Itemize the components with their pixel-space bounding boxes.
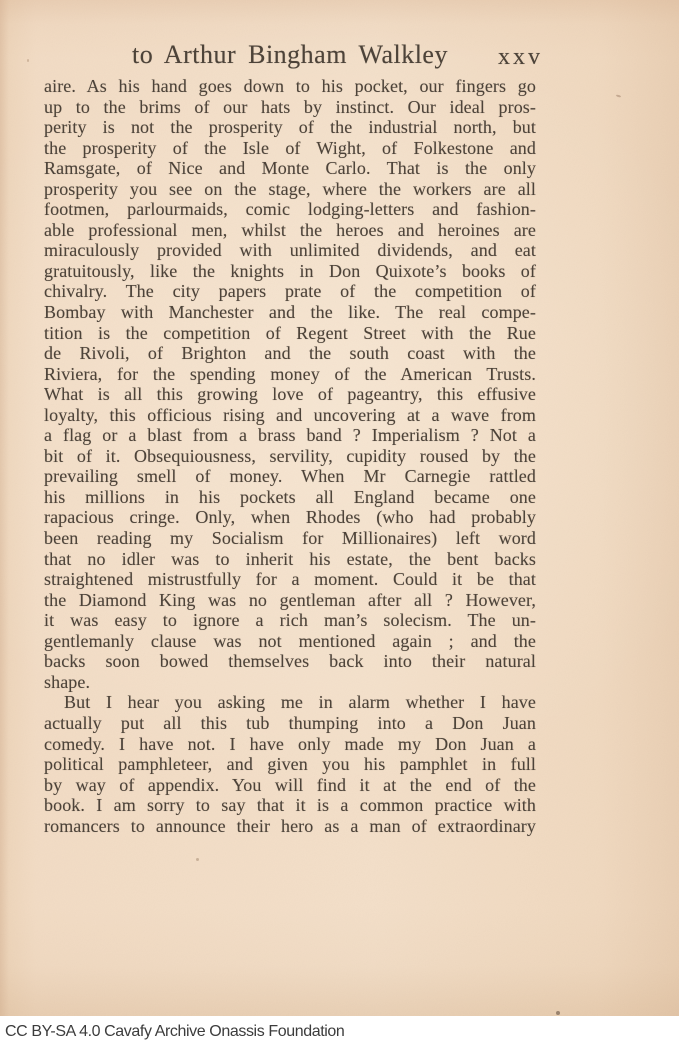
scan-speck bbox=[27, 59, 29, 62]
book-page-scan: to Arthur Bingham Walkley xxv aire. As h… bbox=[0, 0, 679, 1016]
text-line: But I hear you asking me in alarm whethe… bbox=[44, 692, 536, 713]
text-line: de Rivoli, of Brighton and the south coa… bbox=[44, 343, 536, 364]
license-bar: CC BY-SA 4.0 Cavafy Archive Onassis Foun… bbox=[0, 1016, 679, 1047]
text-line: up to the brims of our hats by instinct.… bbox=[44, 97, 536, 118]
text-line: What is all this growing love of pageant… bbox=[44, 384, 536, 405]
text-line: prevailing smell of money. When Mr Carne… bbox=[44, 466, 536, 487]
text-line: shape. bbox=[44, 672, 536, 693]
text-line: Ramsgate, of Nice and Monte Carlo. That … bbox=[44, 158, 536, 179]
text-line: the Diamond King was no gentleman after … bbox=[44, 590, 536, 611]
text-line: footmen, parlourmaids, comic lodging-let… bbox=[44, 199, 536, 220]
text-line: chivalry. The city papers prate of the c… bbox=[44, 281, 536, 302]
text-line: perity is not the prosperity of the indu… bbox=[44, 117, 536, 138]
page-number: xxv bbox=[498, 44, 543, 70]
running-title: to Arthur Bingham Walkley bbox=[132, 40, 448, 69]
text-line: Riviera, for the spending money of the A… bbox=[44, 364, 536, 385]
text-line: Bombay with Manchester and the like. The… bbox=[44, 302, 536, 323]
text-line: a flag or a blast from a brass band ? Im… bbox=[44, 425, 536, 446]
text-line: been reading my Socialism for Millionair… bbox=[44, 528, 536, 549]
text-line: book. I am sorry to say that it is a com… bbox=[44, 795, 536, 816]
text-line: prosperity you see on the stage, where t… bbox=[44, 179, 536, 200]
text-line: backs soon bowed themselves back into th… bbox=[44, 651, 536, 672]
text-line: actually put all this tub thumping into … bbox=[44, 713, 536, 734]
text-line: political pamphleteer, and given you his… bbox=[44, 754, 536, 775]
text-line: able professional men, whilst the heroes… bbox=[44, 220, 536, 241]
text-line: rapacious cringe. Only, when Rhodes (who… bbox=[44, 507, 536, 528]
running-head: to Arthur Bingham Walkley xxv bbox=[44, 41, 536, 71]
text-line: the prosperity of the Isle of Wight, of … bbox=[44, 138, 536, 159]
text-line: comedy. I have not. I have only made my … bbox=[44, 734, 536, 755]
text-line: bit of it. Obsequiousness, servility, cu… bbox=[44, 446, 536, 467]
scan-speck bbox=[196, 858, 199, 861]
text-line: tition is the competition of Regent Stre… bbox=[44, 323, 536, 344]
text-line: aire. As his hand goes down to his pocke… bbox=[44, 76, 536, 97]
page: to Arthur Bingham Walkley xxv aire. As h… bbox=[0, 0, 679, 1047]
body-text: aire. As his hand goes down to his pocke… bbox=[44, 76, 536, 836]
license-text: CC BY-SA 4.0 Cavafy Archive Onassis Foun… bbox=[5, 1023, 344, 1041]
scan-speck bbox=[556, 1011, 560, 1015]
scan-speck bbox=[616, 94, 621, 97]
text-line: it was easy to ignore a rich man’s solec… bbox=[44, 610, 536, 631]
text-line: gratuitously, like the knights in Don Qu… bbox=[44, 261, 536, 282]
text-line: that no idler was to inherit his estate,… bbox=[44, 549, 536, 570]
text-line: miraculously provided with unlimited div… bbox=[44, 240, 536, 261]
text-line: gentlemanly clause was not mentioned aga… bbox=[44, 631, 536, 652]
text-line: romancers to announce their hero as a ma… bbox=[44, 816, 536, 837]
text-line: straightened mistrustfully for a moment.… bbox=[44, 569, 536, 590]
text-line: loyalty, this officious rising and uncov… bbox=[44, 405, 536, 426]
text-line: by way of appendix. You will find it at … bbox=[44, 775, 536, 796]
text-line: his millions in his pockets all England … bbox=[44, 487, 536, 508]
